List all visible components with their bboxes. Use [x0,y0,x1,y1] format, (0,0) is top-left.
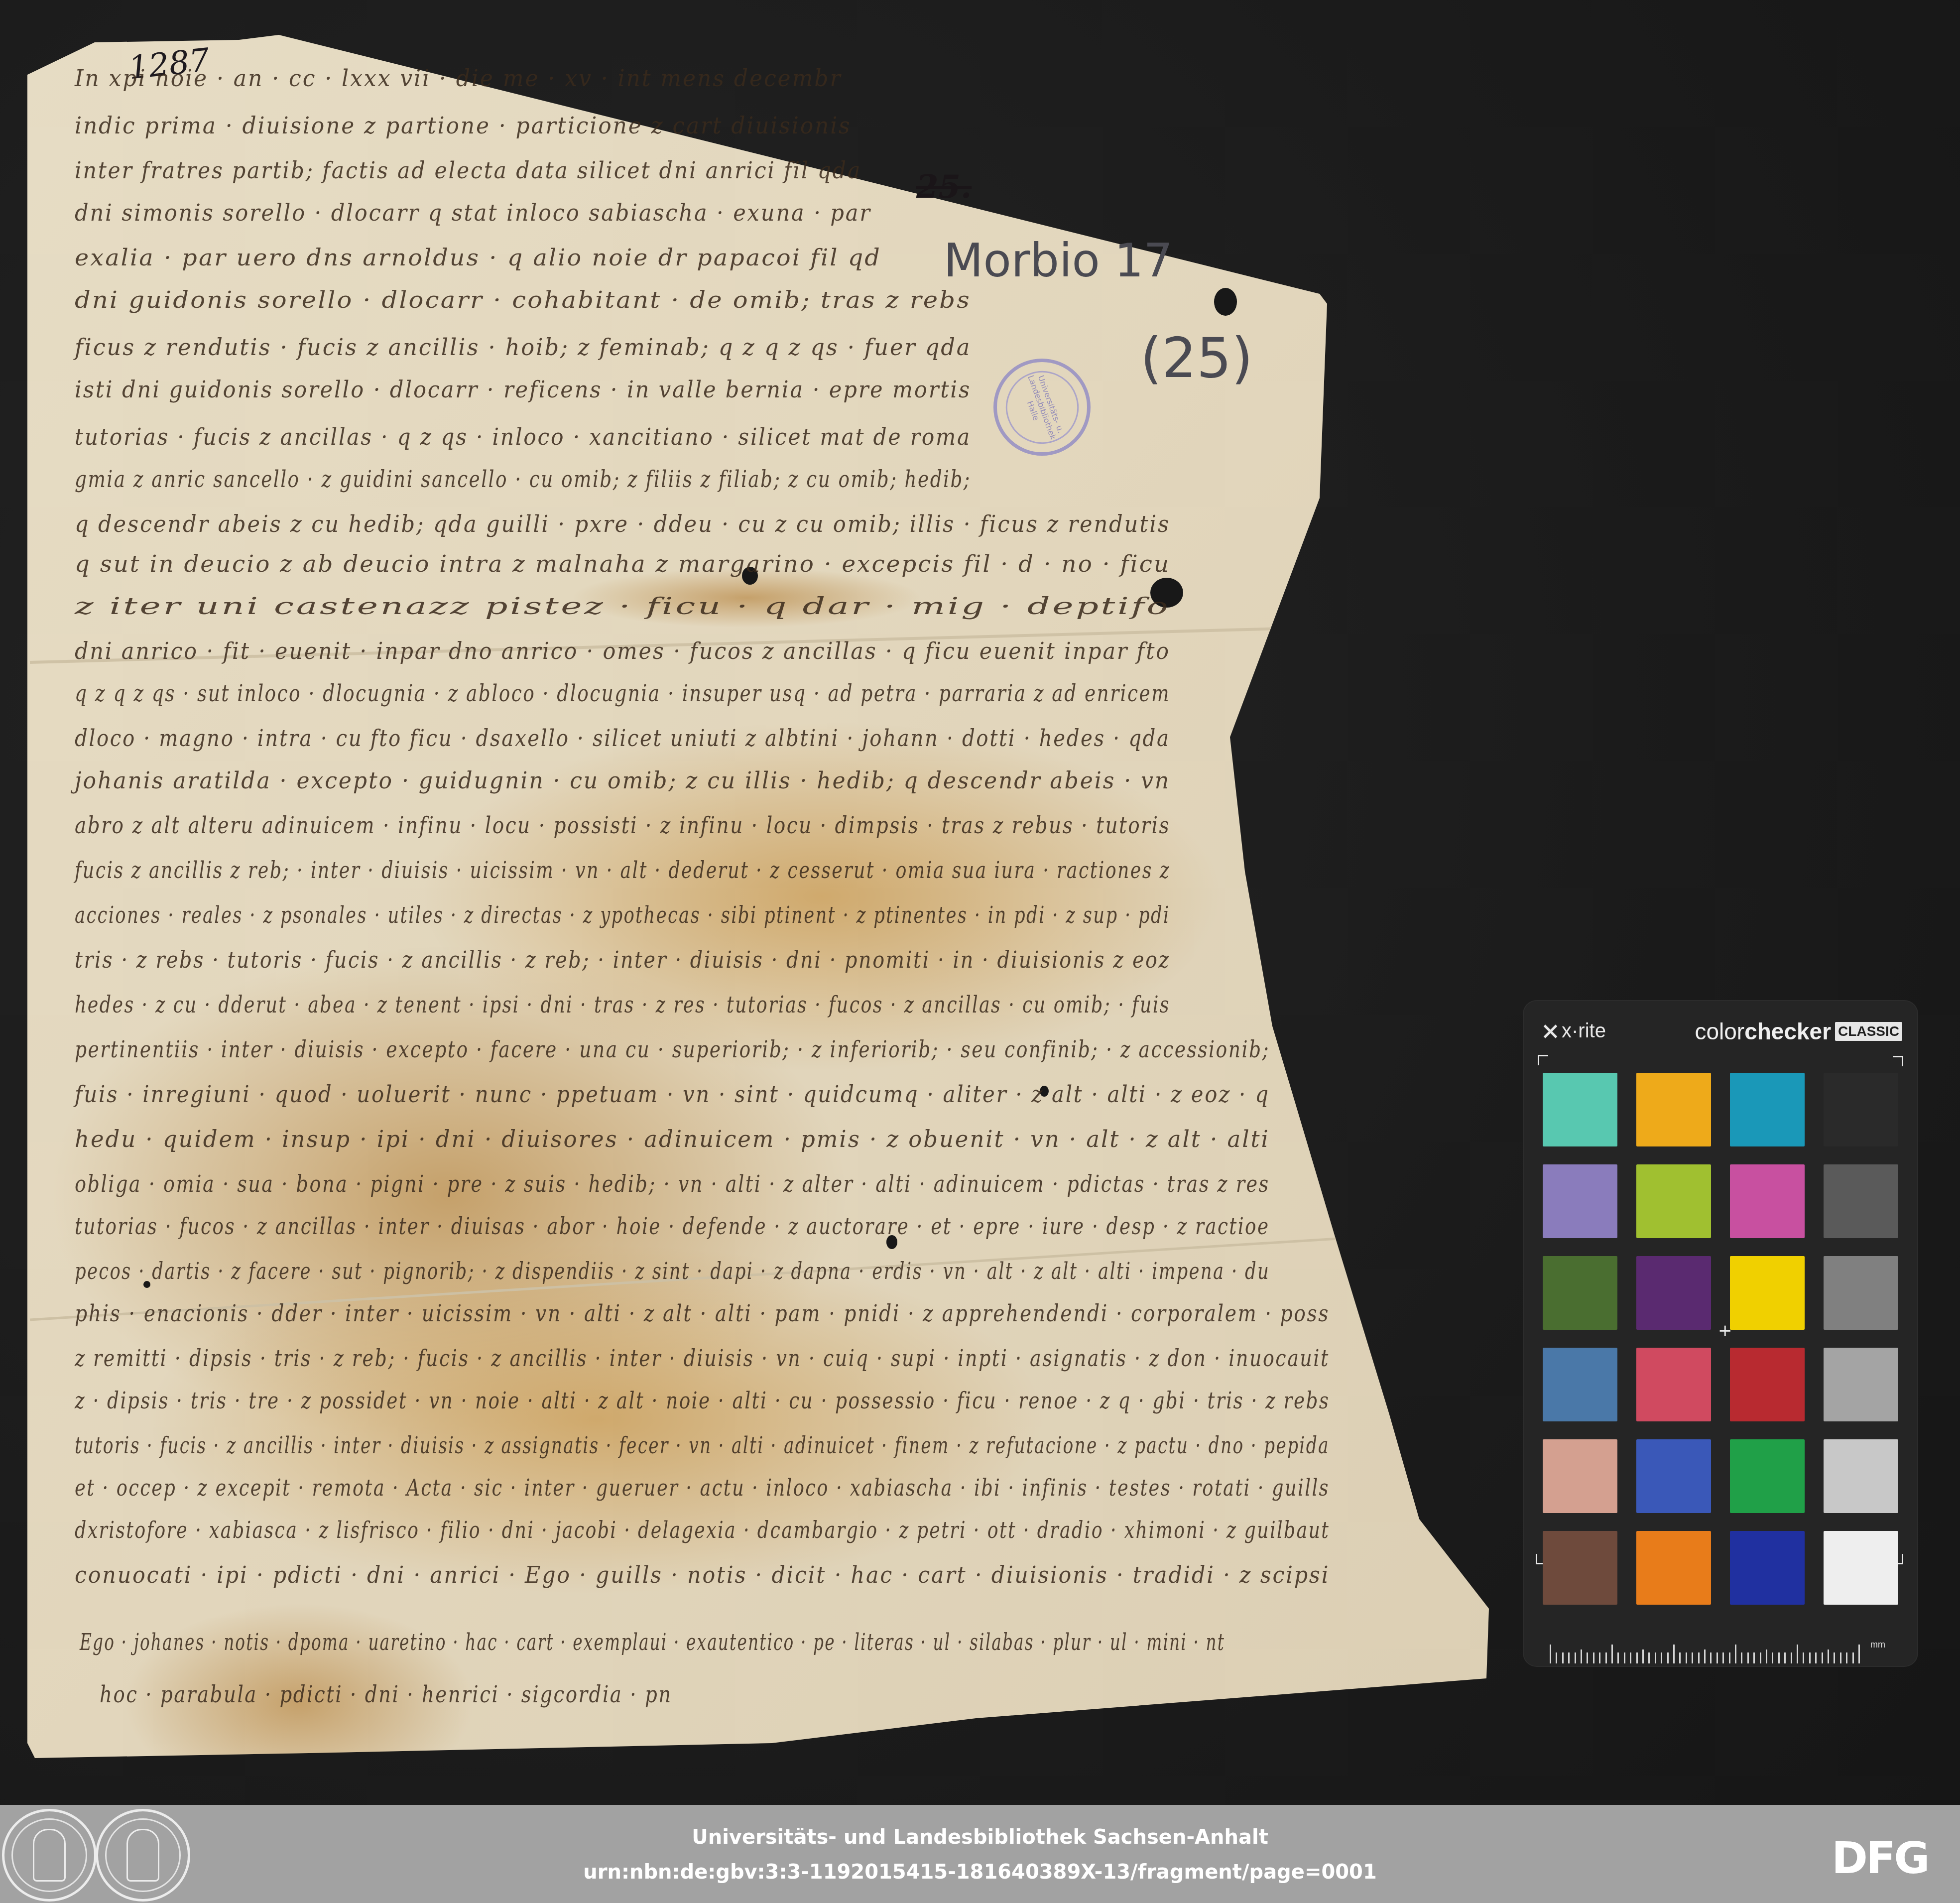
library-stamp-text: Universitäts- u. Landesbibliothek Halle [995,361,1089,454]
library-stamp: Universitäts- u. Landesbibliothek Halle [993,359,1091,456]
institution-name: Universitäts- und Landesbibliothek Sachs… [0,1826,1960,1849]
manuscript-line: dxristofore · xabiasca · z lisfrisco · f… [75,1517,1330,1543]
color-patch [1636,1348,1711,1421]
footer-bar: Universitäts- und Landesbibliothek Sachs… [0,1805,1960,1903]
university-seal-icon [2,1809,97,1902]
ruler-tick [1686,1652,1687,1663]
color-patch [1824,1164,1898,1238]
manuscript-line: tutorias · fucos · z ancillas · inter · … [75,1213,1270,1240]
manuscript-line: pecos · dartis · z facere · sut · pignor… [75,1258,1270,1284]
classic-badge: CLASSIC [1835,1022,1902,1041]
ruler-tick [1815,1652,1817,1663]
color-patch [1543,1164,1617,1238]
manuscript-line: z · dipsis · tris · tre · z possidet · v… [75,1387,1330,1414]
manuscript-line: isti dni guidonis sorello · dlocarr · re… [75,376,971,403]
title-light: color [1695,1018,1744,1045]
ruler-tick [1704,1649,1706,1663]
manuscript-line: q descendr abeis z cu hedib; qda guilli … [75,510,1170,537]
ruler-tick [1753,1652,1755,1663]
color-patch [1636,1439,1711,1513]
xrite-brand: x·rite [1542,1020,1606,1042]
ruler-tick [1834,1652,1835,1663]
manuscript-line: dni simonis sorello · dlocarr q stat inl… [75,199,871,226]
ruler-tick [1599,1652,1600,1663]
pencil-annotation-morbio: Morbio 17 [944,234,1173,287]
manuscript-line: tutoris · fucis · z ancillis · inter · d… [75,1432,1330,1459]
manuscript-line: dni guidonis sorello · dlocarr · cohabit… [75,286,971,313]
color-patch [1730,1348,1805,1421]
color-patch [1636,1164,1711,1238]
urn-identifier[interactable]: urn:nbn:de:gbv:3:3-1192015415-181640389X… [0,1861,1960,1884]
ruler-tick [1562,1652,1564,1663]
color-patch [1824,1073,1898,1146]
ruler-tick [1698,1652,1700,1663]
color-patch [1543,1073,1617,1146]
corner-mark-icon [1893,1056,1903,1066]
ruler-tick [1852,1652,1854,1663]
manuscript-line: z iter uni castenazz pistez · ficu · q d… [75,593,1170,620]
ruler-tick [1828,1649,1829,1663]
color-patch [1824,1256,1898,1330]
ruler-tick [1766,1649,1767,1663]
ruler-tick [1797,1645,1798,1663]
manuscript-line: dni anrico · fit · euenit · inpar dno an… [75,637,1170,664]
manuscript-line: fuis · inregiuni · quod · uoluerit · nun… [75,1081,1270,1108]
ruler-unit-label: mm [1870,1640,1885,1650]
ruler-tick [1624,1652,1625,1663]
ruler-tick [1673,1645,1675,1663]
manuscript-line: fucis z ancillis z reb; · inter · diuisi… [75,857,1170,884]
ruler-tick [1575,1652,1576,1663]
ruler-tick [1840,1652,1841,1663]
manuscript-line: et · occep · z excepit · remota · Acta ·… [75,1474,1330,1501]
title-bold: checker [1744,1018,1831,1045]
manuscript-line: obliga · omia · sua · bona · pigni · pre… [75,1170,1270,1197]
manuscript-line: phis · enacionis · dder · inter · uiciss… [75,1300,1330,1327]
color-patch [1824,1531,1898,1605]
ruler-tick [1791,1652,1792,1663]
ruler-tick [1667,1652,1669,1663]
ruler-tick [1661,1652,1662,1663]
color-patch [1636,1531,1711,1605]
manuscript-line: ficus z rendutis · fucis z ancillis · ho… [75,334,971,361]
ruler-tick [1636,1652,1638,1663]
ruler-tick [1605,1652,1607,1663]
color-patch [1730,1531,1805,1605]
color-patch [1636,1073,1711,1146]
ruler-tick [1716,1652,1718,1663]
ruler-tick [1642,1649,1644,1663]
ruler-tick [1655,1652,1656,1663]
ruler-tick [1729,1652,1730,1663]
xrite-brand-label: x·rite [1562,1020,1606,1042]
ruler-tick [1772,1652,1773,1663]
ruler-tick [1760,1652,1761,1663]
color-patch [1730,1439,1805,1513]
color-patch [1543,1348,1617,1421]
manuscript-line: gmia z anric sancello · z guidini sancel… [75,466,971,493]
ruler-tick [1778,1652,1780,1663]
manuscript-line: conuocati · ipi · pdicti · dni · anrici … [75,1561,1330,1588]
crosshair-icon: + [1718,1322,1732,1339]
wittenberg-seal-icon [96,1809,190,1902]
ruler-tick [1556,1652,1557,1663]
color-patch [1730,1164,1805,1238]
ruler-tick [1679,1652,1681,1663]
xrite-logo-icon [1542,1023,1559,1040]
ruler-tick [1735,1645,1736,1663]
ruler-tick [1822,1652,1823,1663]
color-patch [1824,1348,1898,1421]
ruler-tick [1784,1652,1786,1663]
manuscript-line: In xpi noie · an · cc · lxxx vii · die m… [75,65,842,92]
ruler-tick [1611,1645,1613,1663]
manuscript-line: hoc · parabula · pdicti · dni · henrici … [100,1681,672,1708]
manuscript-line: z remitti · dipsis · tris · z reb; · fuc… [75,1345,1330,1372]
manuscript-line: hedes · z cu · dderut · abea · z tenent … [75,991,1170,1018]
color-patch [1543,1531,1617,1605]
manuscript-line: q sut in deucio z ab deucio intra z maln… [75,550,1170,577]
manuscript-line: pertinentiis · inter · diuisis · excepto… [75,1036,1270,1063]
ink-number-annotation: 25. [916,168,972,206]
ruler-tick [1550,1645,1551,1663]
ruler-tick [1648,1652,1650,1663]
manuscript-line: dloco · magno · intra · cu fto ficu · ds… [75,725,1170,752]
manuscript-line: johanis aratilda · excepto · guidugnin ·… [75,767,1170,794]
ruler-tick [1587,1652,1588,1663]
corner-mark-icon [1538,1055,1548,1065]
color-patch [1543,1256,1617,1330]
ruler-tick [1581,1649,1582,1663]
ruler-tick [1858,1645,1860,1663]
ruler-tick [1722,1652,1724,1663]
manuscript-line: exalia · par uero dns arnoldus · q alio … [75,244,881,271]
color-patch [1730,1073,1805,1146]
ruler-tick [1568,1652,1570,1663]
color-patch [1824,1439,1898,1513]
ruler-tick [1593,1652,1594,1663]
manuscript-line: abro z alt alteru adinuicem · infinu · l… [75,812,1170,839]
ruler-tick [1692,1652,1693,1663]
manuscript-line: hedu · quidem · insup · ipi · dni · diui… [75,1126,1270,1152]
ruler-tick [1846,1652,1847,1663]
manuscript-line: tris · z rebs · tutoris · fucis · z anci… [75,946,1170,973]
ruler-tick [1809,1652,1811,1663]
color-patch [1636,1256,1711,1330]
manuscript-line: indic prima · diuisione z partione · par… [75,112,852,139]
manuscript-line: inter fratres partib; factis ad electa d… [75,157,861,184]
ruler-tick [1630,1652,1631,1663]
parchment-hole [1214,288,1237,316]
manuscript-line: Ego · johanes · notis · dpoma · uaretino… [80,1629,1225,1655]
pencil-annotation-number: (25) [1140,326,1253,390]
ruler-tick [1803,1652,1804,1663]
manuscript-line: tutorias · fucis z ancillas · q z qs · i… [75,423,971,450]
mm-ruler [1550,1644,1868,1663]
colorchecker-title: color checker CLASSIC [1695,1018,1902,1045]
ruler-tick [1710,1652,1712,1663]
color-patch [1543,1439,1617,1513]
color-checker-card: x·rite color checker CLASSIC + mm [1524,1001,1917,1666]
ruler-tick [1617,1652,1619,1663]
manuscript-line: q z q z qs · sut inloco · dlocugnia · z … [75,680,1170,707]
color-patch [1730,1256,1805,1330]
dfg-logo: DFG [1832,1832,1928,1884]
ruler-tick [1741,1652,1742,1663]
ruler-tick [1747,1652,1749,1663]
manuscript-line: acciones · reales · z psonales · utiles … [75,901,1170,928]
